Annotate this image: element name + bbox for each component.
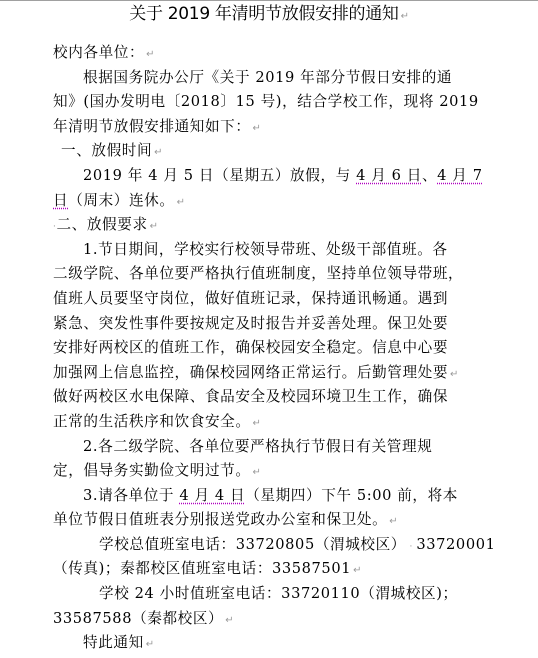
item1-line: 正常的生活秩序和饮食安全。↵ <box>53 410 457 435</box>
closing: 特此通知↵ <box>53 631 457 656</box>
paragraph-mark-icon: ↵ <box>253 418 262 429</box>
item2-line: 定，倡导务实勤俭文明过节。↵ <box>53 459 457 484</box>
paragraph-mark-icon: ↵ <box>225 615 234 626</box>
salutation-text: 校内各单位： <box>53 44 144 61</box>
intro-line-3-text: 年清明节放假安排通知如下： <box>53 118 251 135</box>
paragraph-mark-icon: ↵ <box>450 369 459 380</box>
item1-line: 安排好两校区的值班工作，确保校园安全稳定。信息中心要 <box>53 336 457 361</box>
smart-tag-date[interactable]: 4 月 6 日 <box>356 167 422 184</box>
smart-tag-date[interactable]: 日 <box>53 192 68 209</box>
paragraph-mark-icon: ↵ <box>177 197 186 208</box>
intro-line-1: 根据国务院办公厅《关于 2019 年部分节假日安排的通 <box>53 66 457 91</box>
smart-tag-date[interactable]: 4 月 7 <box>437 167 482 184</box>
contact-text: （传真)；秦都校区值班室电话：33587501 <box>53 560 351 577</box>
item2-text: 定，倡导务实勤俭文明过节。 <box>53 462 251 479</box>
paragraph-mark-icon: ↵ <box>353 565 362 576</box>
section1-text: （周末）连休。 <box>68 192 174 209</box>
closing-text: 特此通知 <box>83 634 144 651</box>
item3-text: 单位节假日值班表分别报送党政办公室和保卫处。 <box>53 511 387 528</box>
section2-heading: ·二、放假要求↵ <box>53 213 457 238</box>
item1-line: 紧急、突发性事件要按规定及时报告并妥善处理。保卫处要 <box>53 312 457 337</box>
contact-text: 33587588（秦都校区） <box>53 610 223 627</box>
format-dot-icon: · <box>406 542 416 552</box>
section1-text: 2019 年 4 月 5 日（星期五）放假，与 <box>83 167 356 184</box>
item3-text: 3.请各单位于 <box>83 487 179 504</box>
item1-line: 值班人员要坚守岗位，做好值班记录，保持通讯畅通。遇到 <box>53 287 457 312</box>
item1-line: 1.节日期间，学校实行校领导带班、处级干部值班。各 <box>53 238 457 263</box>
section1-heading-text: 一、放假时间 <box>61 142 152 159</box>
item3-line-1: 3.请各单位于 4 月 4 日（星期四）下午 5:00 前，将本 <box>53 484 457 509</box>
salutation: 校内各单位：↵ <box>53 41 457 66</box>
item2-line: 2.各二级学院、各单位要严格执行节假日有关管理规 <box>53 435 457 460</box>
title-text: 关于 2019 年清明节放假安排的通知 <box>129 4 398 24</box>
item1-line: 做好两校区水电保障、食品安全及校园环境卫生工作，确保 <box>53 385 457 410</box>
item1-text: 正常的生活秩序和饮食安全。 <box>53 413 251 430</box>
intro-line-3: 年清明节放假安排通知如下：↵ <box>53 115 457 140</box>
smart-tag-date[interactable]: 4 月 4 日 <box>179 487 245 504</box>
item1-text: 加强网上信息监控，确保校园网络正常运行。后勤管理处要 <box>53 364 448 381</box>
paragraph-mark-icon: ↵ <box>253 123 262 134</box>
paragraph-mark-icon: ↵ <box>253 467 262 478</box>
section1-line-2: 日（周末）连休。↵ <box>53 189 457 214</box>
paragraph-mark-icon: ↵ <box>389 516 398 527</box>
page-top-border <box>0 0 538 1</box>
document-body: 校内各单位：↵ 根据国务院办公厅《关于 2019 年部分节假日安排的通 知》(国… <box>53 41 457 656</box>
contact-line-2: （传真)；秦都校区值班室电话：33587501↵ <box>53 557 457 582</box>
contact-line-3: 学校 24 小时值班室电话：33720110（渭城校区)； <box>53 582 457 607</box>
document-title: 关于 2019 年清明节放假安排的通知↵ <box>0 3 538 28</box>
section1-heading: 一、放假时间↵ <box>53 139 457 164</box>
contact-line-4: 33587588（秦都校区）↵ <box>53 607 457 632</box>
section1-text: 、 <box>422 167 437 184</box>
contact-text: 学校总值班室电话：33720805（渭城校区） <box>99 536 406 553</box>
paragraph-mark-icon: ↵ <box>401 11 409 22</box>
item3-text: （星期四）下午 5:00 前，将本 <box>245 487 458 504</box>
paragraph-mark-icon: ↵ <box>150 221 159 232</box>
contact-text: 33720001 <box>416 536 495 553</box>
paragraph-mark-icon: ↵ <box>154 147 163 158</box>
item3-line-2: 单位节假日值班表分别报送党政办公室和保卫处。↵ <box>53 508 457 533</box>
paragraph-mark-icon: ↵ <box>146 639 155 650</box>
item1-line: 二级学院、各单位要严格执行值班制度，坚持单位领导带班， <box>53 262 457 287</box>
item1-line: 加强网上信息监控，确保校园网络正常运行。后勤管理处要↵ <box>53 361 457 386</box>
section1-line-1: 2019 年 4 月 5 日（星期五）放假，与 4 月 6 日、4 月 7 <box>53 164 457 189</box>
contact-line-1: 学校总值班室电话：33720805（渭城校区） · 33720001 <box>53 533 457 558</box>
paragraph-mark-icon: ↵ <box>146 49 155 60</box>
intro-line-2: 知》(国办发明电〔2018〕15 号)，结合学校工作，现将 2019 <box>53 90 457 115</box>
section2-heading-text: 二、放假要求 <box>56 216 147 233</box>
